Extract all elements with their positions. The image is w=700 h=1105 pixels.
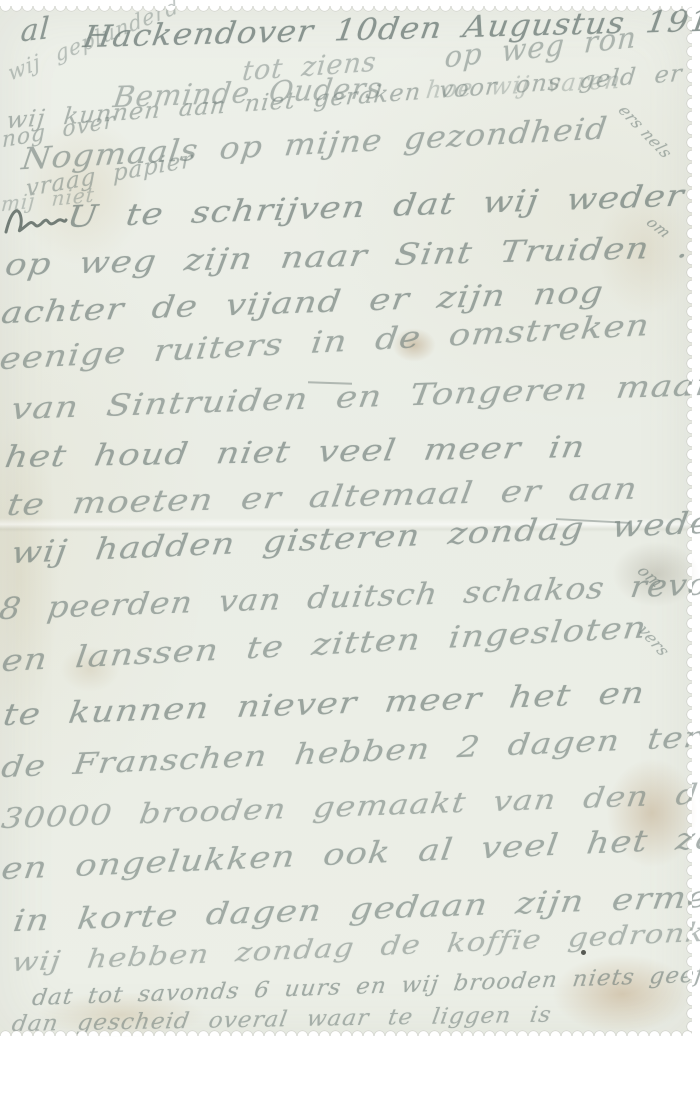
handwriting-line: het houd niet veel meer in <box>2 430 588 475</box>
handwriting-line: U te schrijven dat wij weder <box>65 178 687 235</box>
handwriting-line: te kunnen niever meer het en <box>1 676 647 734</box>
ink-scribble <box>4 200 68 240</box>
letter-paper: al Hackendover 10den Augustus 191. tot z… <box>0 6 692 1036</box>
ink-speck <box>581 950 586 955</box>
handwriting-margin-word: ers nels <box>614 102 677 161</box>
handwriting-line: van Sintruiden en Tongeren maar <box>9 367 700 427</box>
scanned-letter-page: al Hackendover 10den Augustus 191. tot z… <box>0 0 700 1105</box>
handwriting-line: al <box>20 11 52 50</box>
